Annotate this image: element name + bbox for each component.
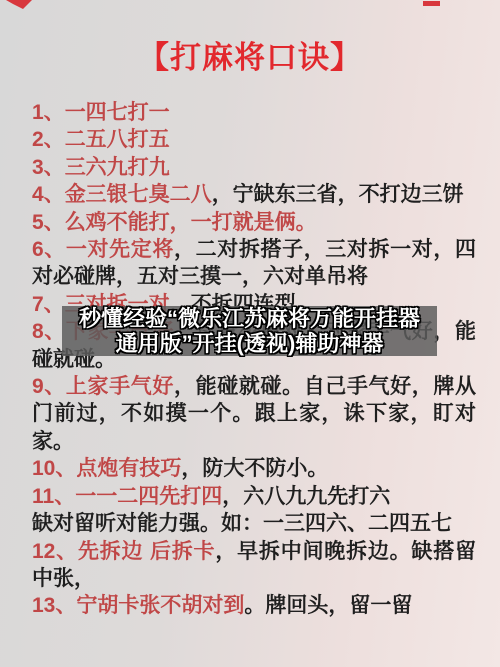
tip-item: 6、一对先定将，二对拆搭子，三对拆一对，四对必碰牌，五对三摸一，六对单吊将 [32,236,476,291]
tip-text-segment: 先拆边 后拆卡 [78,540,215,563]
tip-text-segment: 二五八打五 [65,128,170,151]
tip-item: 2、二五八打五 [32,126,476,153]
tip-item: 4、金三银七臭二八，宁缺东三省，不打边三饼 [32,181,476,208]
tip-text-segment: 么鸡不能打，一打就是俩。 [65,211,317,234]
watermark-line-2: 通用版”开挂(透视)辅助神器 [116,331,384,356]
tip-item: 3、三六九打九 [32,154,476,181]
tip-text-segment: 缺对留听对能力强。如：一三四六、二四五七 [32,512,452,535]
tip-number: 3、 [32,156,65,179]
tip-item: 13、宁胡卡张不胡对到。牌回头，留一留 [32,592,476,619]
tip-number: 9、 [32,375,66,398]
tip-text-segment: 三六九打九 [65,156,170,179]
tip-number: 5、 [32,211,65,234]
tip-text-segment: 上家手气好 [66,375,174,398]
tip-item: 1、一四七打一 [32,99,476,126]
top-left-red-stroke-fragment [6,0,32,10]
tip-item: 12、先拆边 后拆卡，早拆中间晚拆边。缺搭留中张， [32,538,476,593]
tip-number: 13、 [32,594,76,617]
tip-text-segment: 一对先定将 [66,238,174,261]
tip-text-segment: 宁胡卡张不胡对到 [76,594,244,617]
tip-text-segment: 一一二四先打四 [75,485,222,508]
tip-text-segment: 金三银七臭二八 [65,183,212,206]
top-right-red-dash-fragment [423,1,440,7]
tip-item: 11、一一二四先打四，六八九九先打六缺对留听对能力强。如：一三四六、二四五七 [32,483,476,538]
tip-text-segment: 一四七打一 [65,101,170,124]
tip-text-segment: 点炮有技巧 [76,457,181,480]
tip-number: 10、 [32,457,76,480]
tip-text-segment: ，六八九九先打六 [222,485,390,508]
tip-text-segment: ，宁缺东三省，不打边三饼 [212,183,464,206]
mahjong-tips-poster: 【打麻将口诀】 1、一四七打一2、二五八打五3、三六九打九4、金三银七臭二八，宁… [0,0,500,667]
page-title: 【打麻将口诀】 [0,32,500,77]
tip-number: 7、 [32,293,65,316]
tip-number: 12、 [32,540,78,563]
tip-number: 2、 [32,128,65,151]
tips-list: 1、一四七打一2、二五八打五3、三六九打九4、金三银七臭二八，宁缺东三省，不打边… [32,99,476,620]
tip-number: 4、 [32,183,65,206]
tip-text-segment: 。牌回头，留一留 [244,594,412,617]
tip-text-segment: ，防大不防小。 [181,457,328,480]
watermark-overlay: 秒懂经验“微乐江苏麻将万能开挂器 通用版”开挂(透视)辅助神器 [62,306,437,356]
tip-item: 5、么鸡不能打，一打就是俩。 [32,209,476,236]
tip-number: 6、 [32,238,66,261]
tip-number: 1、 [32,101,65,124]
tip-number: 11、 [32,485,75,508]
watermark-line-1: 秒懂经验“微乐江苏麻将万能开挂器 [79,306,420,331]
tip-number: 8、 [32,320,66,343]
tip-item: 10、点炮有技巧，防大不防小。 [32,455,476,482]
tip-item: 9、上家手气好，能碰就碰。自己手气好，牌从门前过，不如摸一个。跟上家，诛下家，盯… [32,373,476,455]
